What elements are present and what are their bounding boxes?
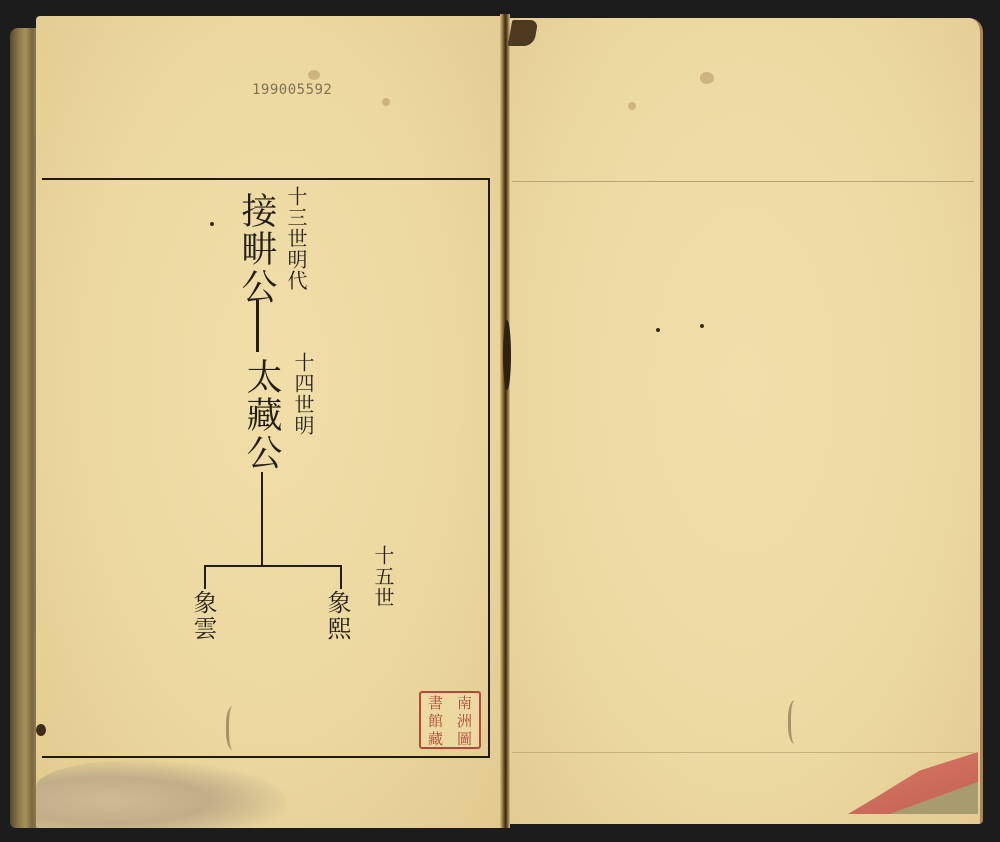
library-seal: 南 洲 圖 書 館 藏 xyxy=(419,691,481,749)
seal-char: 洲 xyxy=(454,711,475,729)
generation-14-label: 十四世明 xyxy=(293,352,313,436)
generation-15-label: 十五世 xyxy=(373,545,393,608)
lineage-branch-left xyxy=(204,565,206,589)
ink-blot xyxy=(36,724,46,736)
open-book: 199005592 十三世明代 接畊公 十四世明 太藏公 十五世 象雲 象熙 南… xyxy=(0,0,1000,842)
ink-speck xyxy=(210,222,214,226)
book-gutter xyxy=(500,14,510,828)
right-frame-top-line xyxy=(512,181,974,182)
child-name-right: 象熙 xyxy=(325,590,349,642)
foxing-spot xyxy=(308,70,320,80)
seal-char: 館 xyxy=(425,711,446,729)
generation-13-label: 十三世明代 xyxy=(286,186,306,291)
ink-speck xyxy=(700,324,704,328)
lineage-connector xyxy=(256,300,259,352)
seal-char: 圖 xyxy=(454,729,475,747)
ink-speck xyxy=(656,328,660,332)
lineage-connector xyxy=(261,472,263,566)
lineage-branch-horizontal xyxy=(204,565,342,567)
seal-char: 書 xyxy=(425,693,446,711)
right-frame-bottom-line xyxy=(512,752,974,753)
lineage-branch-right xyxy=(340,565,342,589)
gutter-binding-mark xyxy=(503,320,511,390)
seal-char: 南 xyxy=(454,693,475,711)
foxing-spot xyxy=(382,98,390,106)
seal-char: 藏 xyxy=(425,729,446,747)
child-name-left: 象雲 xyxy=(191,590,215,642)
generation-14-name: 太藏公 xyxy=(243,358,279,472)
wormhole-mark xyxy=(226,706,243,750)
right-page xyxy=(508,18,983,824)
foxing-spot xyxy=(700,72,714,84)
foxing-spot xyxy=(628,102,636,110)
wormhole-mark xyxy=(788,700,805,744)
catalog-number-stamp: 199005592 xyxy=(252,82,332,98)
generation-13-name: 接畊公 xyxy=(238,192,274,306)
